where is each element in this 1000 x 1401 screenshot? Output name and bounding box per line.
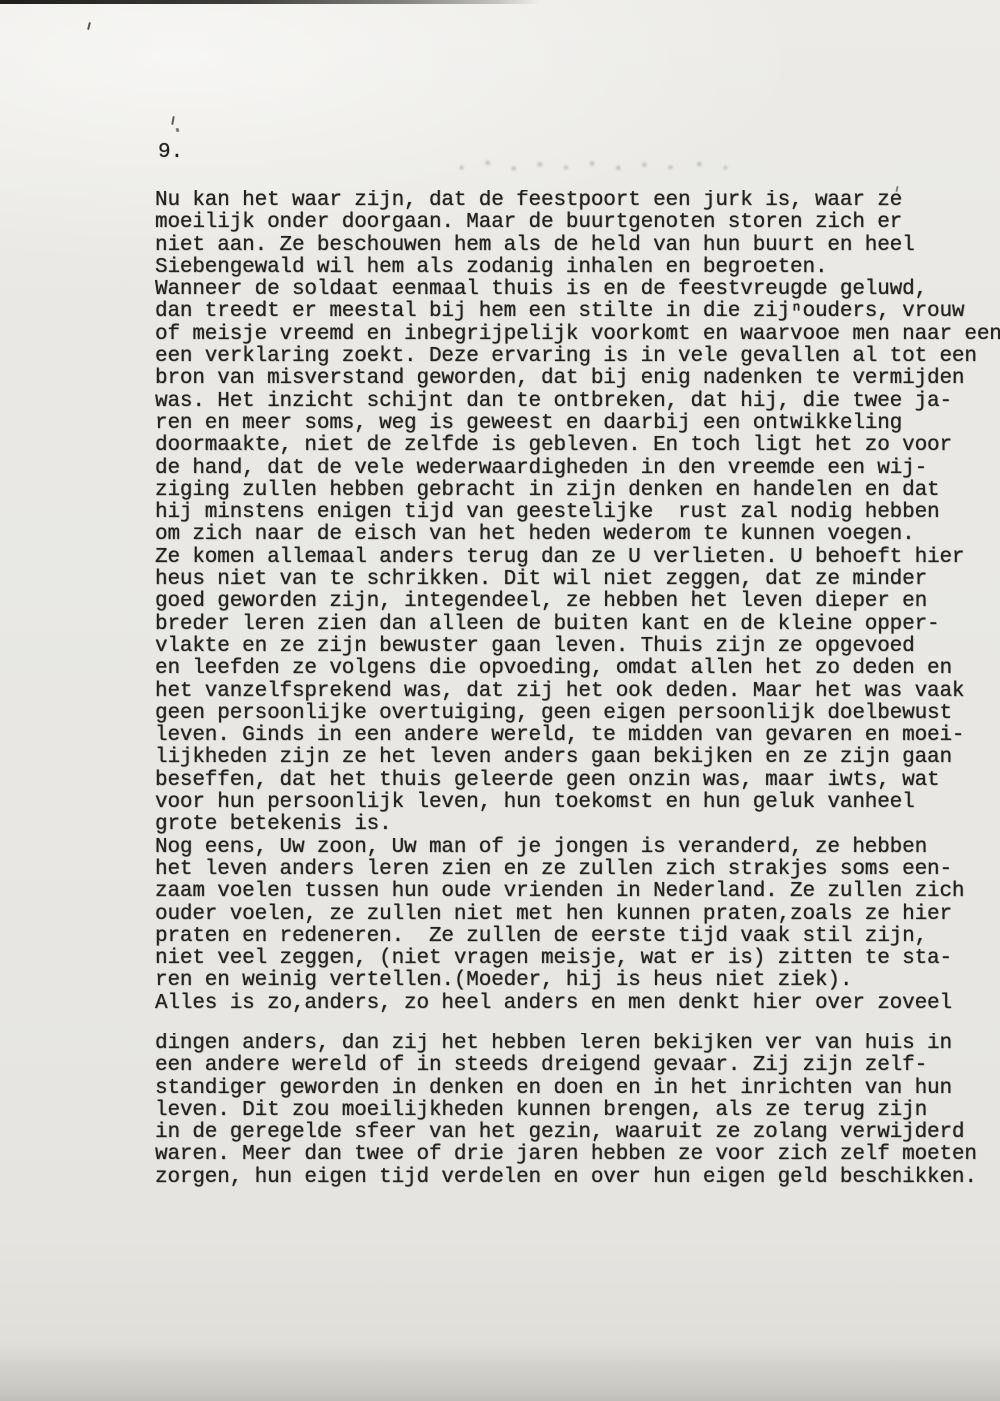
typewritten-paragraph-last: dingen anders, dan zij het hebben leren … [155,1033,1000,1189]
scan-shadow [0,1341,1000,1401]
scanned-document-page: 9. Nu kan het waar zijn, dat de feestpoo… [0,0,1000,1401]
stray-ink-mark [175,128,179,133]
page-number: 9. [158,141,183,164]
typewritten-paragraphs-main: Nu kan het waar zijn, dat de feestpoort … [155,190,1000,1015]
scan-edge-artifact [0,0,540,4]
stray-ink-mark [171,116,175,125]
stray-ink-mark [87,22,91,30]
ink-smudge [450,158,740,174]
